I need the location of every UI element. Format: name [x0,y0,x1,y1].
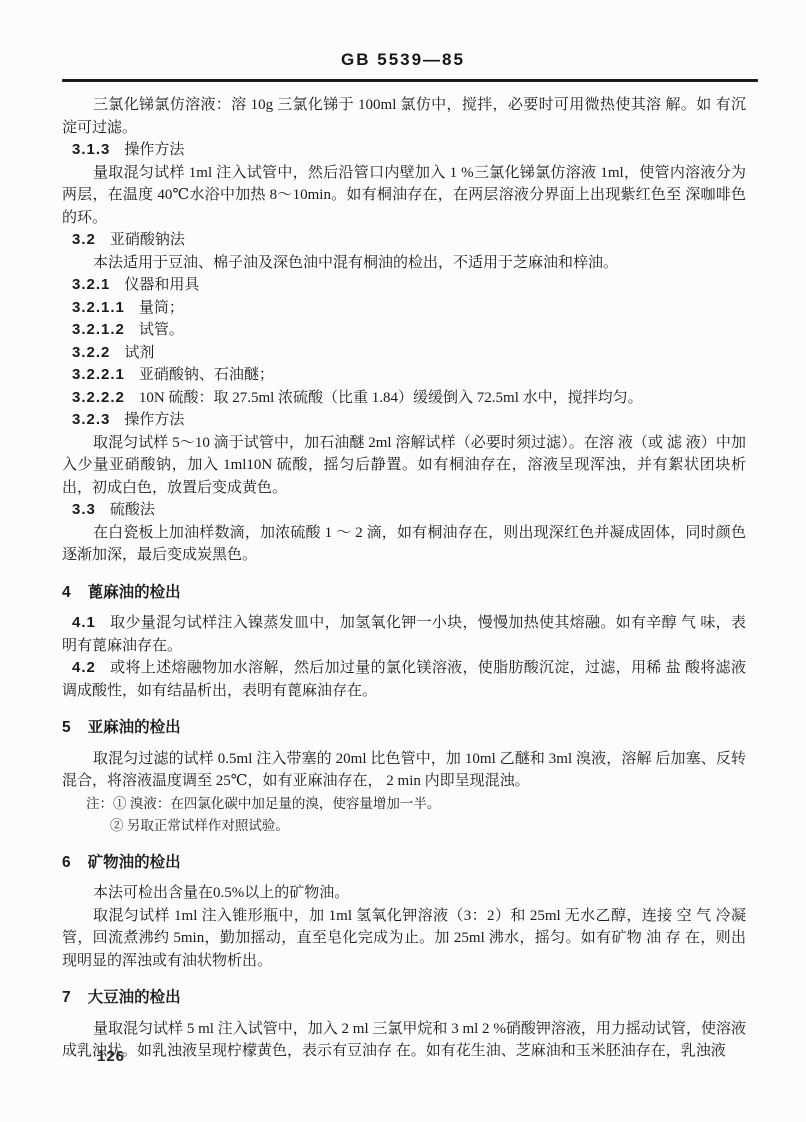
clause-heading: 3.2.1仪器和用具 [62,274,746,297]
clause-heading: 3.2.2试剂 [62,342,746,365]
clause-text: 10N 硫酸：取 27.5ml 浓硫酸（比重 1.84）缓缓倒入 72.5ml … [139,390,643,406]
paragraph: 三氯化锑氯仿溶液：溶 10g 三氯化锑于 100ml 氯仿中，搅拌，必要时可用微… [62,94,746,139]
clause-text: 取混匀试样 1ml 注入锥形瓶中，加 1ml 氢氧化钾溶液（3：2）和 25ml… [62,908,746,969]
clause-number: 3.2.2.1 [72,366,125,383]
clause-text: 本法可检出含量在0.5%以上的矿物油。 [93,885,349,901]
clause-number: 3.2 [72,231,96,248]
clause-heading: 3.2.2.1亚硝酸钠、石油醚； [62,364,746,387]
clause-heading: 3.2.2.210N 硫酸：取 27.5ml 浓硫酸（比重 1.84）缓缓倒入 … [62,387,746,410]
numbered-paragraph: 4.2或将上述熔融物加水溶解，然后加过量的氯化镁溶液，使脂肪酸沉淀，过滤，用稀 … [62,657,746,702]
section-heading: 5亚麻油的检出 [62,717,746,740]
clause-number: 3.2.2.2 [72,389,125,406]
clause-heading: 3.2.3操作方法 [62,409,746,432]
clause-number: 4.1 [72,614,96,631]
paragraph: 取混匀试样 1ml 注入锥形瓶中，加 1ml 氢氧化钾溶液（3：2）和 25ml… [62,905,746,973]
clause-text: 蓖麻油的检出 [88,584,181,601]
clause-text: 取混匀过滤的试样 0.5ml 注入带塞的 20ml 比色管中，加 10ml 乙醚… [62,751,746,790]
page-number: 126 [97,1048,125,1065]
paragraph: 取混匀过滤的试样 0.5ml 注入带塞的 20ml 比色管中，加 10ml 乙醚… [62,748,746,793]
clause-heading: 3.2亚硝酸钠法 [62,229,746,252]
document-body: 三氯化锑氯仿溶液：溶 10g 三氯化锑于 100ml 氯仿中，搅拌，必要时可用微… [62,94,746,1063]
clause-text: 本法适用于豆油、棉子油及深色油中混有桐油的检出，不适用于芝麻油和梓油。 [93,255,618,271]
clause-text: 矿物油的检出 [88,854,181,871]
clause-text: 试管。 [139,322,184,338]
numbered-paragraph: 4.1取少量混匀试样注入镍蒸发皿中，加氢氧化钾一小块，慢慢加热使其熔融。如有辛醇… [62,612,746,657]
clause-text: ② 另取正常试样作对照试验。 [110,818,289,833]
standard-number-header: GB 5539—85 [0,0,806,70]
paragraph: 本法适用于豆油、棉子油及深色油中混有桐油的检出，不适用于芝麻油和梓油。 [62,252,746,275]
clause-text: 硫酸法 [110,502,155,518]
clause-text: 量筒； [139,300,184,316]
section-heading: 7大豆油的检出 [62,987,746,1010]
clause-heading: 3.3硫酸法 [62,499,746,522]
clause-heading: 3.1.3操作方法 [62,139,746,162]
clause-text: 大豆油的检出 [88,989,181,1006]
clause-number: 3.3 [72,501,96,518]
header-rule [62,79,758,82]
section-heading: 6矿物油的检出 [62,852,746,875]
clause-number: 6 [62,854,72,871]
clause-number: 3.2.1.1 [72,299,125,316]
clause-number: 4 [62,584,72,601]
section-heading: 4蓖麻油的检出 [62,582,746,605]
clause-number: 4.2 [72,659,96,676]
clause-text: 量取混匀试样 1ml 注入试管中，然后沿管口内壁加入 1 %三氯化锑氯仿溶液 1… [62,165,746,226]
clause-text: 或将上述熔融物加水溶解，然后加过量的氯化镁溶液，使脂肪酸沉淀，过滤，用稀 盐 酸… [62,660,746,699]
clause-text: 取少量混匀试样注入镍蒸发皿中，加氢氧化钾一小块，慢慢加热使其熔融。如有辛醇 气 … [62,615,746,654]
clause-text: 亚硝酸钠法 [110,232,185,248]
note-line: ② 另取正常试样作对照试验。 [62,815,746,837]
clause-number: 7 [62,989,72,1006]
clause-text: 操作方法 [124,412,184,428]
clause-number: 3.1.3 [72,141,110,158]
paragraph: 取混匀试样 5～10 滴于试管中，加石油醚 2ml 溶解试样（必要时须过滤）。在… [62,432,746,500]
clause-text: 试剂 [124,345,154,361]
clause-heading: 3.2.1.2试管。 [62,319,746,342]
paragraph: 在白瓷板上加油样数滴，加浓硫酸 1 ～ 2 滴，如有桐油存在，则出现深红色并凝成… [62,522,746,567]
clause-heading: 3.2.1.1量筒； [62,297,746,320]
clause-number: 3.2.3 [72,411,110,428]
clause-text: 取混匀试样 5～10 滴于试管中，加石油醚 2ml 溶解试样（必要时须过滤）。在… [62,435,746,496]
note-line: 注：① 溴液：在四氯化碳中加足量的溴，使容量增加一半。 [62,793,746,815]
paragraph: 量取混匀试样 1ml 注入试管中，然后沿管口内壁加入 1 %三氯化锑氯仿溶液 1… [62,162,746,230]
clause-text: 量取混匀试样 5 ml 注入试管中，加入 2 ml 三氯甲烷和 3 ml 2 %… [62,1021,746,1060]
clause-number: 3.2.1.2 [72,321,125,338]
clause-number: 3.2.2 [72,344,110,361]
clause-text: 仪器和用具 [124,277,199,293]
clause-text: 在白瓷板上加油样数滴，加浓硫酸 1 ～ 2 滴，如有桐油存在，则出现深红色并凝成… [62,525,746,564]
paragraph: 量取混匀试样 5 ml 注入试管中，加入 2 ml 三氯甲烷和 3 ml 2 %… [62,1018,746,1063]
clause-text: 操作方法 [124,142,184,158]
clause-text: 亚麻油的检出 [88,719,181,736]
document-page: GB 5539—85 三氯化锑氯仿溶液：溶 10g 三氯化锑于 100ml 氯仿… [0,0,806,1122]
paragraph: 本法可检出含量在0.5%以上的矿物油。 [62,882,746,905]
clause-text: 三氯化锑氯仿溶液：溶 10g 三氯化锑于 100ml 氯仿中，搅拌，必要时可用微… [62,97,746,136]
clause-number: 5 [62,719,72,736]
clause-text: 亚硝酸钠、石油醚； [139,367,274,383]
clause-number: 3.2.1 [72,276,110,293]
clause-text: 注：① 溴液：在四氯化碳中加足量的溴，使容量增加一半。 [86,796,440,811]
